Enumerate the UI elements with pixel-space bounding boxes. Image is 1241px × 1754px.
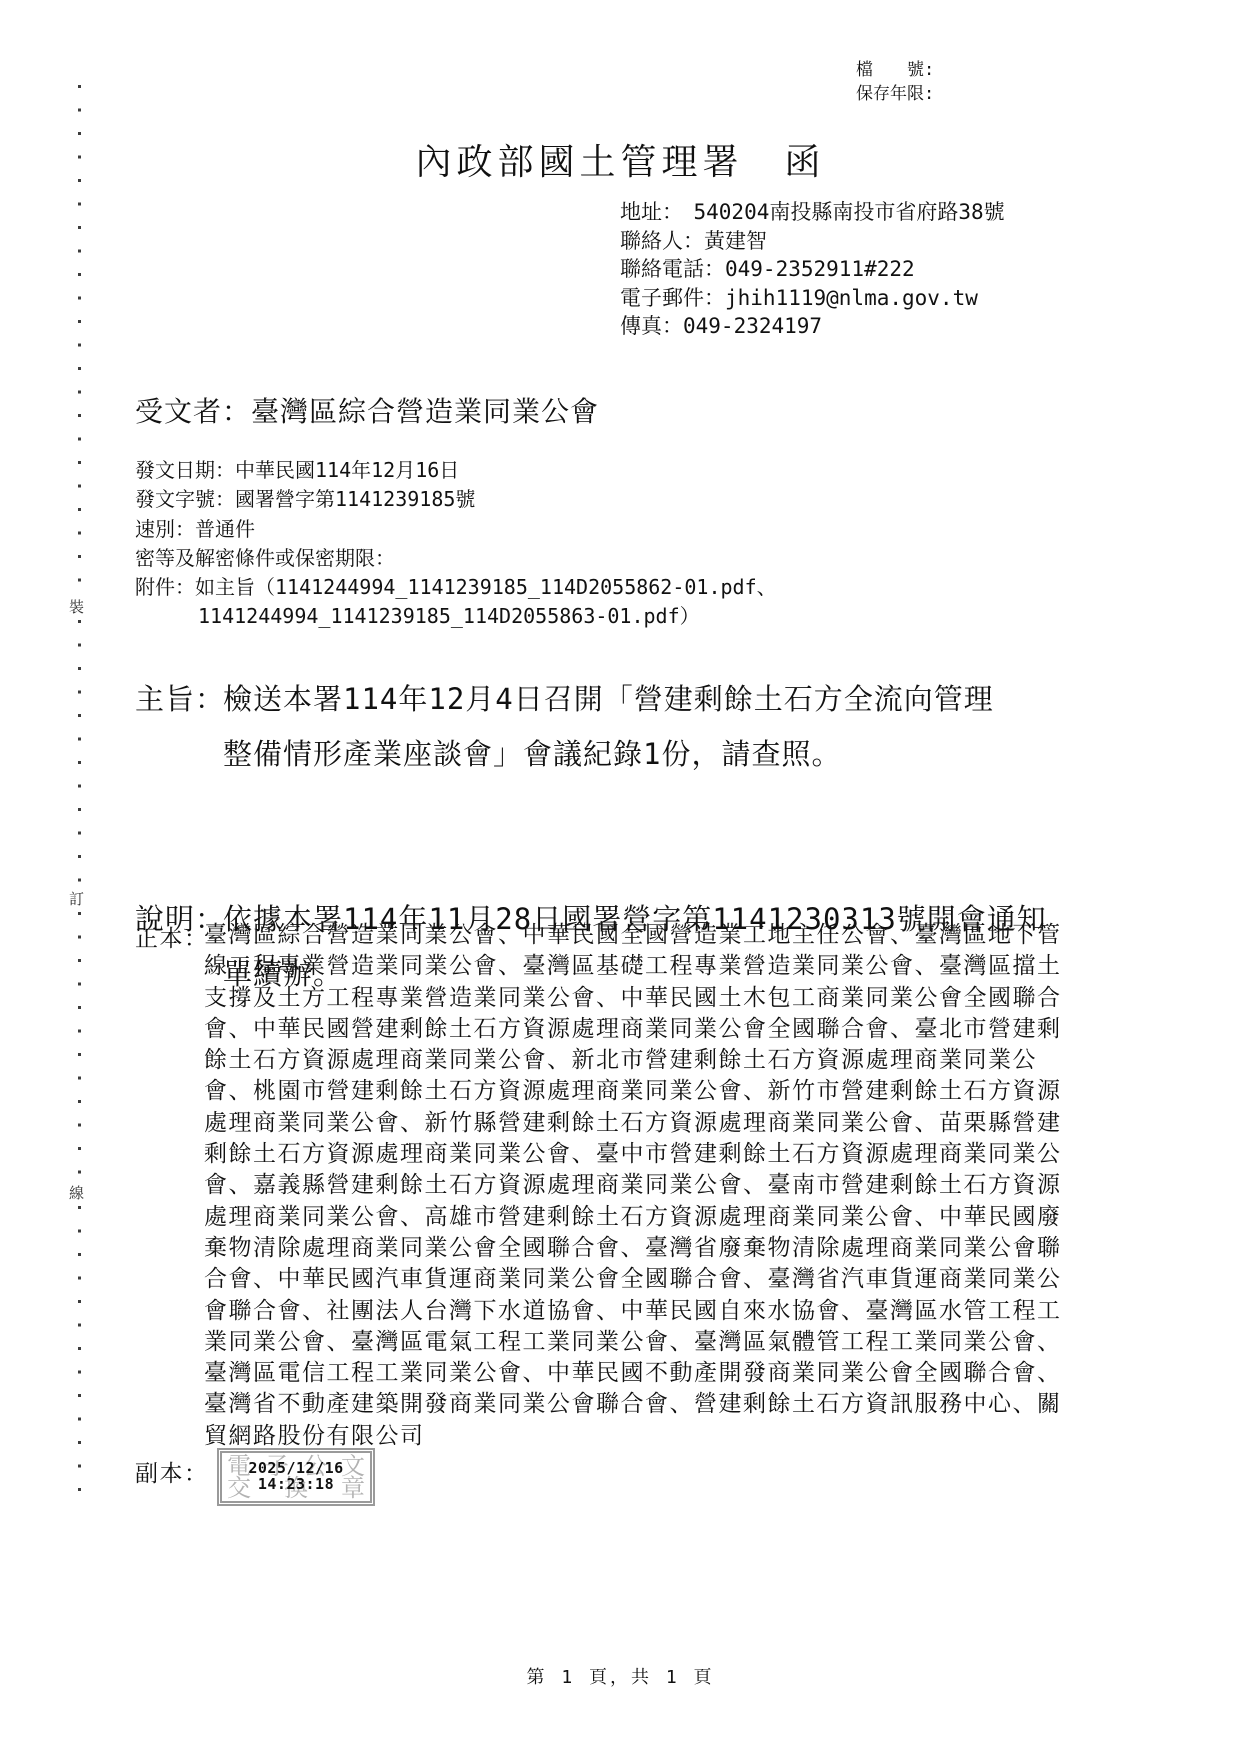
original-copy-label: 正本：	[135, 920, 209, 953]
issue-date-line: 發文日期：中華民國114年12月16日	[135, 456, 777, 485]
stamp-time: 14:23:18	[222, 1476, 370, 1492]
sender-contact-person: 聯絡人：黃建智	[620, 227, 1005, 256]
recipient-line-item: 會、嘉義縣營建剩餘土石方資源處理商業同業公會、臺南市營建剩餘土石方資源	[204, 1170, 1062, 1201]
recipient-line-item: 餘土石方資源處理商業同業公會、新北市營建剩餘土石方資源處理商業同業公	[204, 1045, 1062, 1076]
carbon-copy-label: 副本：	[135, 1455, 209, 1488]
retention-label: 保存年限:	[856, 82, 934, 106]
binding-mark-xian: 線	[69, 1182, 84, 1203]
file-number-block: 檔 號: 保存年限:	[856, 58, 934, 106]
subject-line-2: 整備情形產業座談會」會議紀錄1份，請查照。	[223, 727, 1241, 782]
sender-address: 地址： 540204南投縣南投市省府路38號	[620, 198, 1005, 227]
stamp-date: 2025/12/16	[222, 1460, 370, 1476]
electronic-exchange-stamp: 電 子 公 文 交 換 章 2025/12/16 14:23:18	[217, 1448, 375, 1506]
recipient-line-item: 臺灣區電信工程工業同業公會、中華民國不動產開發商業同業公會全國聯合會、	[204, 1358, 1062, 1389]
binding-dotted-line	[78, 620, 81, 884]
recipient-line-item: 業同業公會、臺灣區電氣工程工業同業公會、臺灣區氣體管工程工業同業公會、	[204, 1327, 1062, 1358]
sender-fax: 傳真：049-2324197	[620, 312, 1005, 341]
recipient-line-item: 線工程專業營造業同業公會、臺灣區基礎工程專業營造業同業公會、臺灣區擋土	[204, 951, 1062, 982]
sender-contact-block: 地址： 540204南投縣南投市省府路38號 聯絡人：黃建智 聯絡電話：049-…	[620, 198, 1005, 341]
recipient-line-item: 棄物清除處理商業同業公會全國聯合會、臺灣省廢棄物清除處理商業同業公會聯	[204, 1233, 1062, 1264]
binding-dotted-line	[78, 1206, 81, 1492]
binding-mark-zhuang: 裝	[69, 596, 84, 617]
recipient-line-item: 會聯合會、社團法人台灣下水道協會、中華民國自來水協會、臺灣區水管工程工	[204, 1296, 1062, 1327]
recipient-line-item: 處理商業同業公會、新竹縣營建剩餘土石方資源處理商業同業公會、苗栗縣營建	[204, 1108, 1062, 1139]
recipient-line-item: 會、桃園市營建剩餘土石方資源處理商業同業公會、新竹市營建剩餘土石方資源	[204, 1076, 1062, 1107]
sender-email: 電子郵件：jhih1119@nlma.gov.tw	[620, 284, 1005, 313]
security-line: 密等及解密條件或保密期限：	[135, 544, 777, 573]
subject-section: 主旨： 檢送本署114年12月4日召開「營建剩餘土石方全流向管理 整備情形產業座…	[135, 672, 1241, 782]
sender-phone: 聯絡電話：049-2352911#222	[620, 255, 1005, 284]
document-meta-block: 發文日期：中華民國114年12月16日 發文字號：國署營字第1141239185…	[135, 456, 777, 632]
page-number-footer: 第 1 頁，共 1 頁	[0, 1663, 1241, 1689]
recipient-line-item: 合會、中華民國汽車貨運商業同業公會全國聯合會、臺灣省汽車貨運商業同業公	[204, 1264, 1062, 1295]
recipient-line-item: 支撐及土方工程專業營造業同業公會、中華民國土木包工商業同業公會全國聯合	[204, 983, 1062, 1014]
priority-line: 速別：普通件	[135, 515, 777, 544]
recipient-line-item: 會、中華民國營建剩餘土石方資源處理商業同業公會全國聯合會、臺北市營建剩	[204, 1014, 1062, 1045]
recipient-line-item: 剩餘土石方資源處理商業同業公會、臺中市營建剩餘土石方資源處理商業同業公	[204, 1139, 1062, 1170]
official-letter-page: 裝 訂 線 檔 號: 保存年限: 內政部國土管理署 函 地址： 540204南投…	[0, 0, 1241, 1754]
original-copy-recipients: 臺灣區綜合營造業同業公會、中華民國全國營造業工地主任公會、臺灣區地下管線工程專業…	[204, 920, 1062, 1452]
subject-line-1: 檢送本署114年12月4日召開「營建剩餘土石方全流向管理	[223, 672, 1241, 727]
attachment-line-2: 1141244994_1141239185_114D2055863-01.pdf…	[198, 602, 777, 631]
attachment-line-1: 附件：如主旨（1141244994_1141239185_114D2055862…	[135, 573, 777, 602]
document-title: 內政部國土管理署 函	[0, 134, 1241, 185]
recipient-line: 受文者：臺灣區綜合營造業同業公會	[135, 390, 599, 430]
subject-label: 主旨：	[135, 672, 225, 727]
recipient-line-item: 臺灣省不動產建築開發商業同業公會聯合會、營建剩餘土石方資訊服務中心、關	[204, 1389, 1062, 1420]
file-number-label: 檔 號:	[856, 58, 934, 82]
doc-number-line: 發文字號：國署營字第1141239185號	[135, 485, 777, 514]
binding-dotted-line	[78, 912, 81, 1178]
recipient-line-item: 處理商業同業公會、高雄市營建剩餘土石方資源處理商業同業公會、中華民國廢	[204, 1202, 1062, 1233]
binding-mark-ding: 訂	[69, 888, 84, 909]
recipient-line-item: 臺灣區綜合營造業同業公會、中華民國全國營造業工地主任公會、臺灣區地下管	[204, 920, 1062, 951]
